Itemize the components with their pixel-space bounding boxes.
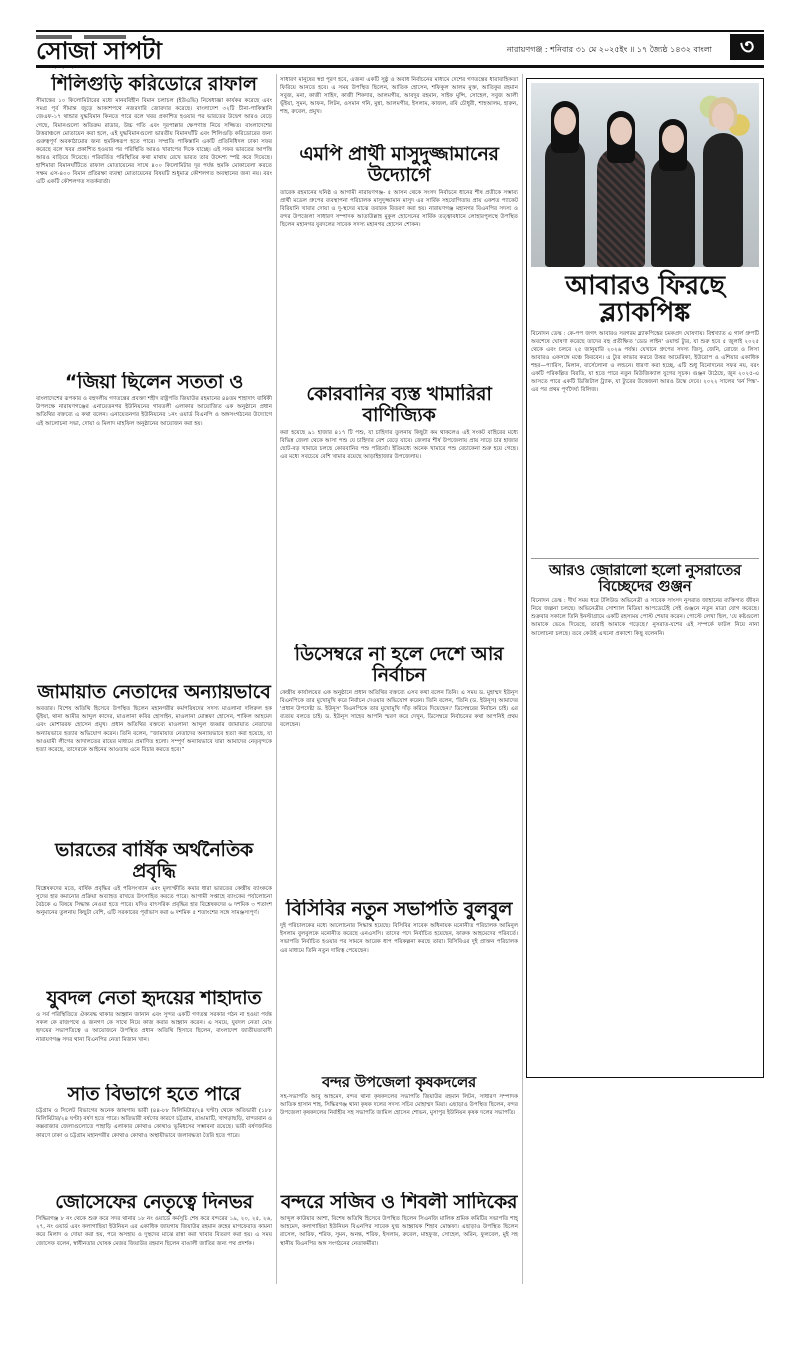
person-figure [545,137,585,267]
article-body: সীমান্তের ১০ কিলোমিটারের মধ্যে মানববিহীন… [36,97,272,186]
article-body: দুই পরিচালকের মধ্যে আলোচনার সিদ্ধান্ত হয… [280,922,518,954]
article-qurbani-farmers[interactable]: কোরবানির ব্যস্ত খামারিরা বাণিজ্যিক করা হ… [280,384,518,634]
article-body: ও সর্ব পরিস্থিতিতে ঐক্যবদ্ধ থাকার আহ্বান… [36,1011,272,1043]
article-body: বিশ্লেষকদের মতে, বার্ষিক প্রবৃদ্ধির এই প… [36,885,272,917]
page-number-badge: ৩ [730,34,764,60]
column-divider [522,74,523,1284]
article-body: সাধারণ মানুষের স্বপ্ন পূরণ হবে, এজন্য এক… [280,76,518,116]
section-divider [531,558,759,559]
feature-box: আবারও ফিরছে ব্ল্যাকপিঙ্ক বিনোদন ডেস্ক : … [526,78,764,1078]
article-headline: কোরবানির ব্যস্ত খামারিরা বাণিজ্যিক [280,384,518,427]
article-continued[interactable]: সাধারণ মানুষের স্বপ্ন পূরণ হবে, এজন্য এক… [280,74,518,142]
article-headline: যুবদল নেতা হৃদয়ের শাহাদাত [36,988,272,1009]
article-body: চট্টগ্রাম ও সিলেট বিভাগের অনেক জায়গায় … [36,1107,272,1139]
dateline: নারায়ণগঞ্জ : শনিবার ৩১ মে ২০২৫ইং ॥ ১৭ জ… [507,44,712,57]
newspaper-page: সোজা সাপটা The Daily Soja Sapta নারায়ণগ… [36,0,764,1349]
article-body: বিনোদন ডেস্ক : দীর্ঘ সময় ধরে টলিউড অভিন… [531,597,759,1067]
article-body: বাংলাদেশের রূপকার ও বহুদলীয় গণতন্ত্রের … [36,395,272,427]
article-blackpink[interactable]: আবারও ফিরছে ব্ল্যাকপিঙ্ক বিনোদন ডেস্ক : … [531,273,759,1067]
article-headline: আরও জোরালো হলো নুসরাতের বিচ্ছেদের গুঞ্জন [531,562,759,596]
article-december-election[interactable]: ডিসেম্বরে না হলে দেশে আর নির্বাচন কেন্দ্… [280,644,518,889]
article-headline: আবারও ফিরছে ব্ল্যাকপিঙ্ক [531,273,759,328]
article-body: সিদ্ধিরগঞ্জ ৮ নং থেকে শুরু করে সদর থানার… [36,1215,272,1247]
article-headline: বন্দর উপজেলা কৃষকদলের [280,1074,518,1091]
article-sajib-shibli[interactable]: বন্দরে সজিব ও শিবলী সাদিকের আব্দুল কাউয়… [280,1192,518,1288]
article-headline: শিলিগুড়ি করিডোরে রাফাল [36,74,272,95]
person-figure [597,147,645,267]
article-body: করা হয়েছে ৯১ হাজার ৪১৭ টি পশু, যা চাহিদ… [280,429,518,461]
article-headline: জোসেফের নেতৃত্বে দিনভর [36,1192,272,1213]
article-bcb-president[interactable]: বিসিবির নতুন সভাপতি বুলবুল দুই পরিচালকের… [280,899,518,1064]
article-jubodal-martyrdom[interactable]: যুবদল নেতা হৃদয়ের শাহাদাত ও সর্ব পরিস্থ… [36,988,272,1078]
article-joseph-leadership[interactable]: জোসেফের নেতৃত্বে দিনভর সিদ্ধিরগঞ্জ ৮ নং … [36,1192,272,1288]
article-bandar-krishak-dal[interactable]: বন্দর উপজেলা কৃষকদলের সহ-সভাপতি আবু আহমে… [280,1074,518,1184]
article-headline: জামায়াত নেতাদের অন্যায়ভাবে [36,682,272,703]
article-jamaat-leaders[interactable]: জামায়াত নেতাদের অন্যায়ভাবে অবতার। বিশে… [36,682,272,832]
article-siliguri-rafale[interactable]: শিলিগুড়ি করিডোরে রাফাল সীমান্তের ১০ কিল… [36,74,272,304]
article-masuduzzaman-initiative[interactable]: এমপি প্রার্থী মাসুদুজ্জামানের উদ্যোগে তা… [280,144,518,284]
article-body: আব্দুল কাউয়ার আশা, বিশেষ অতিথি হিসেবে উ… [280,1215,518,1247]
article-headline: বিসিবির নতুন সভাপতি বুলবুল [280,899,518,920]
article-india-growth[interactable]: ভারতের বার্ষিক অর্থনৈতিক প্রবৃদ্ধি বিশ্ল… [36,840,272,980]
article-headline: সাত বিভাগে হতে পারে [36,1084,272,1105]
article-headline: বন্দরে সজিব ও শিবলী সাদিকের [280,1192,518,1213]
masthead: সোজা সাপটা The Daily Soja Sapta নারায়ণগ… [36,30,764,70]
article-headline: ভারতের বার্ষিক অর্থনৈতিক প্রবৃদ্ধি [36,840,272,883]
article-seven-divisions[interactable]: সাত বিভাগে হতে পারে চট্টগ্রাম ও সিলেট বি… [36,1084,272,1184]
column-divider [276,74,277,1284]
newspaper-logo: সোজা সাপটা [36,39,161,63]
person-figure [651,155,695,267]
article-body: তারেক রহমানের ঘনিষ্ঠ ও আগামী নারায়ণগঞ্জ… [280,189,518,229]
person-figure [703,133,743,267]
article-headline: “জিয়া ছিলেন সততা ও [36,372,272,393]
masthead-rule [36,65,764,68]
article-body: কেন্দ্রীয় কার্যালয়ের এক অনুষ্ঠানে প্রধ… [280,689,518,729]
article-headline: ডিসেম্বরে না হলে দেশে আর নির্বাচন [280,644,518,687]
article-headline: এমপি প্রার্থী মাসুদুজ্জামানের উদ্যোগে [280,144,518,187]
article-body: বিনোদন ডেস্ক : কে-পপ জগৎ আবারও সরগরম ব্ল… [531,330,759,555]
article-body: সহ-সভাপতি আবু আহমেদ, বন্দর থানা কৃষকদলের… [280,1093,518,1117]
article-zia-honesty[interactable]: “জিয়া ছিলেন সততা ও বাংলাদেশের রূপকার ও … [36,372,272,672]
article-body: অবতার। বিশেষ অতিথি হিসেবে উপস্থিত ছিলেন … [36,705,272,754]
feature-photo[interactable] [531,83,759,267]
